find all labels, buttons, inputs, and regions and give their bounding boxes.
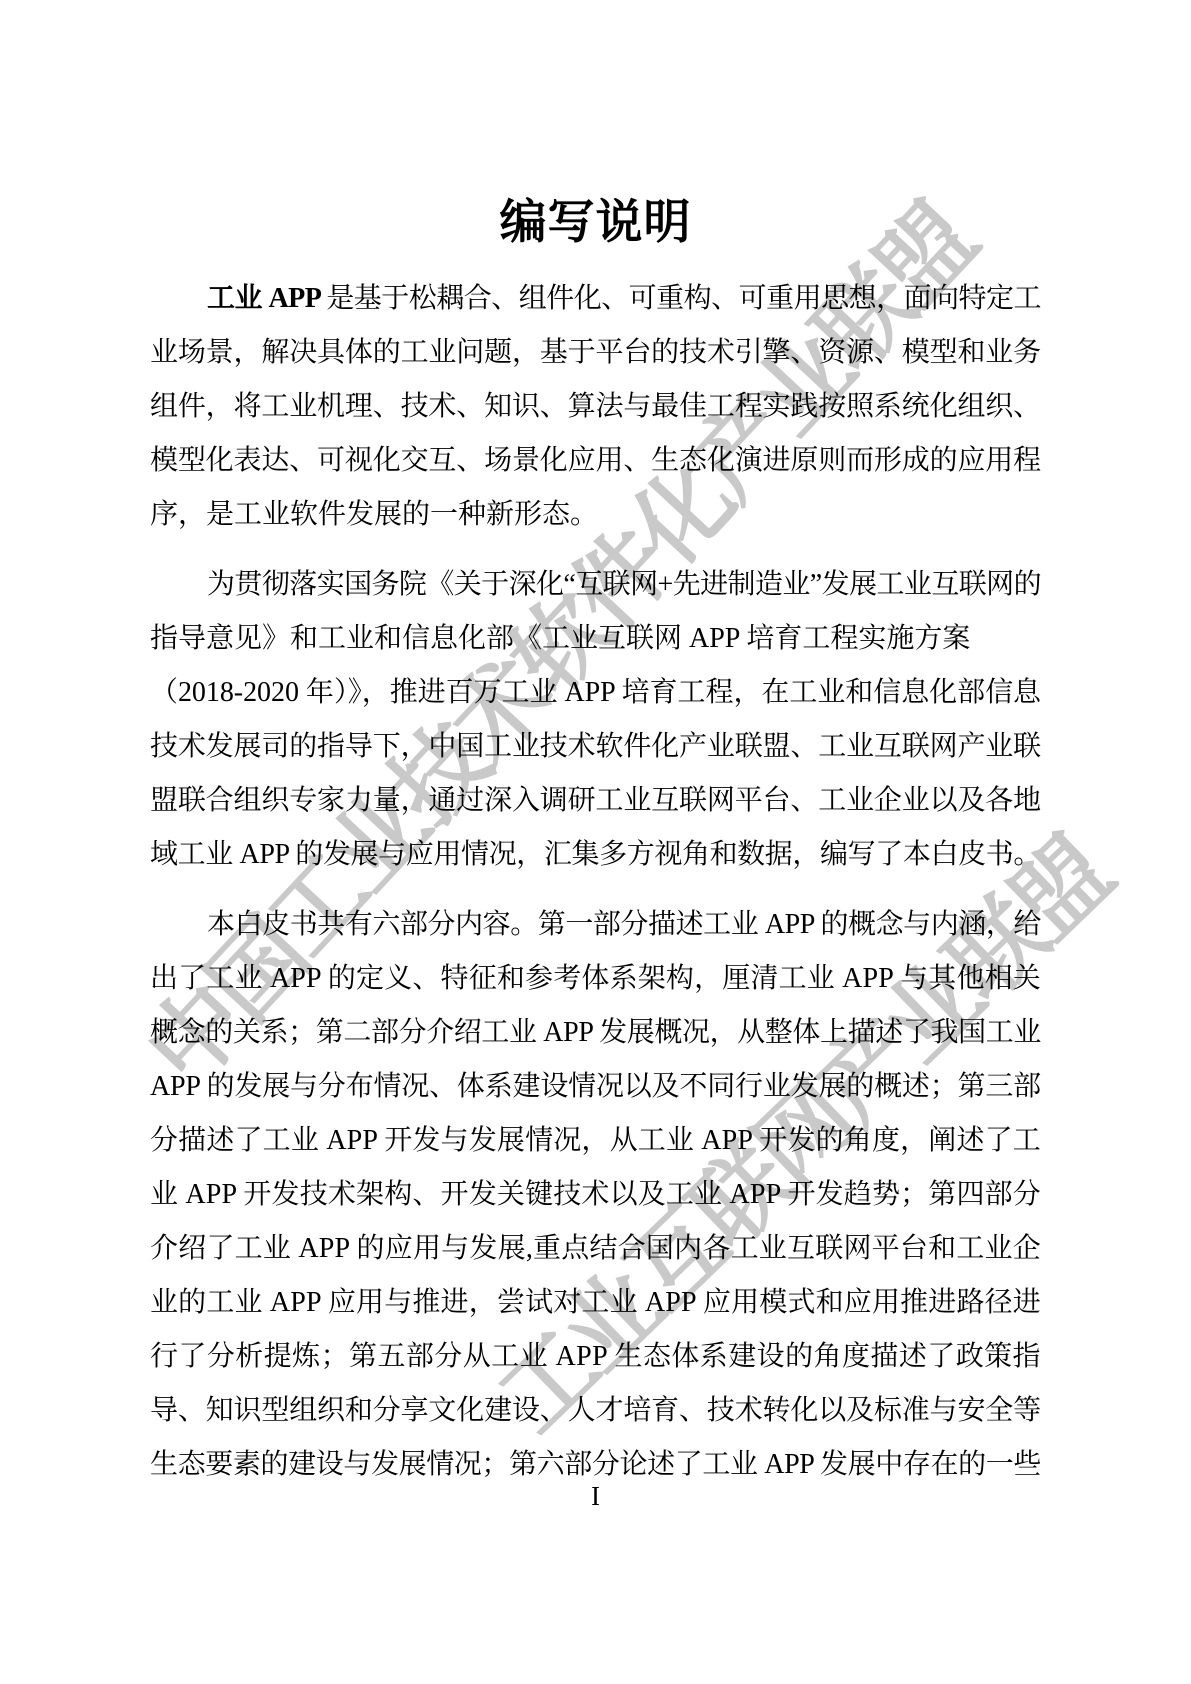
body-line: 域工业 APP 的发展与应用情况，汇集多方视角和数据，编写了本白皮书。 — [150, 828, 1041, 882]
body-line: 模型化表达、可视化交互、场景化应用、生态化演进原则而形成的应用程 — [150, 434, 1041, 488]
body-line: 序，是工业软件发展的一种新形态。 — [150, 488, 1041, 542]
paragraph: 本白皮书共有六部分内容。第一部分描述工业 APP 的概念与内涵，给出了工业 AP… — [150, 898, 1041, 1492]
page-number: I — [150, 1476, 1041, 1516]
body-line: 技术发展司的指导下，中国工业技术软件化产业联盟、工业互联网产业联 — [150, 720, 1041, 774]
page-title: 编写说明 — [150, 196, 1041, 248]
body-line: 出了工业 APP 的定义、特征和参考体系架构，厘清工业 APP 与其他相关 — [150, 952, 1041, 1006]
body-line: APP 的发展与分布情况、体系建设情况以及不同行业发展的概述；第三部 — [150, 1060, 1041, 1114]
body-line: 行了分析提炼；第五部分从工业 APP 生态体系建设的角度描述了政策指 — [150, 1330, 1041, 1384]
page-content: 编写说明 工业 APP 是基于松耦合、组件化、可重构、可重用思想，面向特定工业场… — [150, 196, 1041, 1492]
document-page: 中国工业技术软件化产业联盟 工业互联网产业联盟 编写说明 工业 APP 是基于松… — [0, 0, 1191, 1684]
body-line: 概念的关系；第二部分介绍工业 APP 发展概况，从整体上描述了我国工业 — [150, 1006, 1041, 1060]
body-line: 本白皮书共有六部分内容。第一部分描述工业 APP 的概念与内涵，给 — [150, 898, 1041, 952]
paragraph: 工业 APP 是基于松耦合、组件化、可重构、可重用思想，面向特定工业场景，解决具… — [150, 272, 1041, 542]
body-line: 业 APP 开发技术架构、开发关键技术以及工业 APP 开发趋势；第四部分 — [150, 1168, 1041, 1222]
body-line: 分描述了工业 APP 开发与发展情况，从工业 APP 开发的角度，阐述了工 — [150, 1114, 1041, 1168]
body-line: 组件，将工业机理、技术、知识、算法与最佳工程实践按照系统化组织、 — [150, 380, 1041, 434]
body-line: （2018-2020 年）》，推进百万工业 APP 培育工程，在工业和信息化部信… — [150, 666, 1041, 720]
body-line: 介绍了工业 APP 的应用与发展,重点结合国内各工业互联网平台和工业企 — [150, 1222, 1041, 1276]
body-text: 工业 APP 是基于松耦合、组件化、可重构、可重用思想，面向特定工业场景，解决具… — [150, 272, 1041, 1492]
body-line: 业场景，解决具体的工业问题，基于平台的技术引擎、资源、模型和业务 — [150, 326, 1041, 380]
body-line: 盟联合组织专家力量，通过深入调研工业互联网平台、工业企业以及各地 — [150, 774, 1041, 828]
paragraph: 为贯彻落实国务院《关于深化“互联网+先进制造业”发展工业互联网的指导意见》和工业… — [150, 558, 1041, 882]
bold-text: 工业 APP — [207, 283, 326, 314]
body-line: 工业 APP 是基于松耦合、组件化、可重构、可重用思想，面向特定工 — [150, 272, 1041, 326]
body-line: 为贯彻落实国务院《关于深化“互联网+先进制造业”发展工业互联网的 — [150, 558, 1041, 612]
body-line: 指导意见》和工业和信息化部《工业互联网 APP 培育工程实施方案 — [150, 612, 1041, 666]
body-line: 导、知识型组织和分享文化建设、人才培育、技术转化以及标准与安全等 — [150, 1384, 1041, 1438]
body-line: 业的工业 APP 应用与推进，尝试对工业 APP 应用模式和应用推进路径进 — [150, 1276, 1041, 1330]
